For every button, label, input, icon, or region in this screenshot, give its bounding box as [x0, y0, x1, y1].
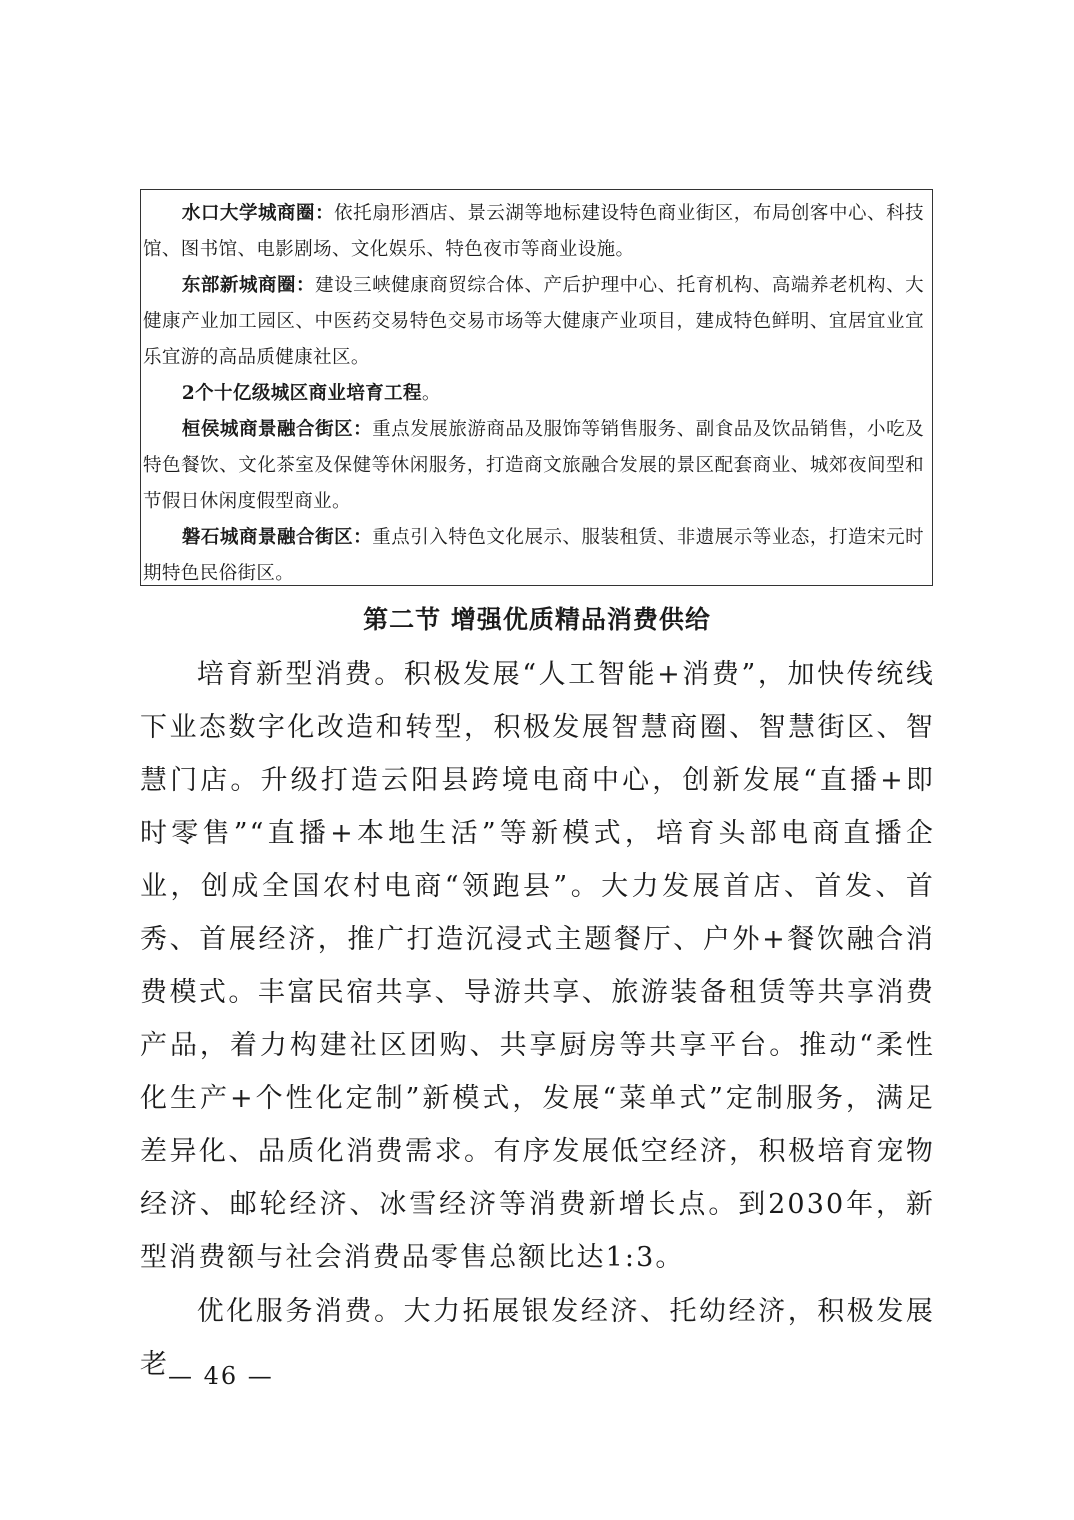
box-item-heading: 水口大学城商圈 [182, 203, 315, 224]
box-item-heading: 2个十亿级城区商业培育工程 [182, 383, 422, 404]
box-item-panshi: 磐石城商景融合街区：重点引入特色文化展示、服装租赁、非遗展示等业态，打造宋元时期… [143, 520, 924, 592]
box-item-heading: 桓侯城商景融合街区 [182, 419, 353, 440]
paragraph-new-consumption: 培育新型消费。积极发展“人工智能+消费”，加快传统线下业态数字化改造和转型，积极… [140, 648, 935, 1284]
box-item-project: 2个十亿级城区商业培育工程。 [143, 376, 924, 412]
highlight-box: 水口大学城商圈：依托扇形酒店、景云湖等地标建设特色商业街区，布局创客中心、科技馆… [140, 189, 933, 586]
body-text: 培育新型消费。积极发展“人工智能+消费”，加快传统线下业态数字化改造和转型，积极… [140, 648, 935, 1391]
box-item-shuikou: 水口大学城商圈：依托扇形酒店、景云湖等地标建设特色商业街区，布局创客中心、科技馆… [143, 196, 924, 268]
box-item-heading: 东部新城商圈 [182, 275, 296, 296]
box-item-huanhou: 桓侯城商景融合街区：重点发展旅游商品及服饰等销售服务、副食品及饮品销售，小吃及特… [143, 412, 924, 520]
box-item-heading: 磐石城商景融合街区 [182, 527, 353, 548]
section-title: 第二节 增强优质精品消费供给 [0, 600, 1074, 640]
page-number: — 46 — [168, 1360, 274, 1392]
box-item-text: 。 [422, 383, 441, 404]
box-item-dongbu: 东部新城商圈：建设三峡健康商贸综合体、产后护理中心、托育机构、高端养老机构、大健… [143, 268, 924, 376]
